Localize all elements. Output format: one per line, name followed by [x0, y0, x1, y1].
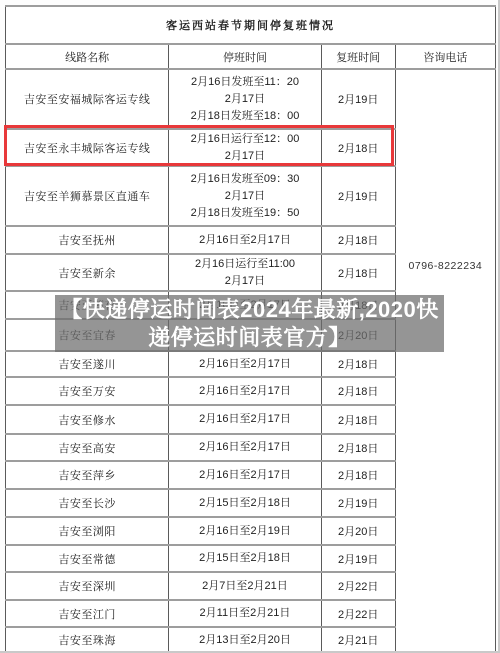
- resume-time: 2月18日: [321, 291, 395, 319]
- stop-time-line: 2月16日至2月17日: [169, 297, 320, 314]
- stop-time-line: 2月16日发班至09：30: [169, 171, 320, 188]
- phone-number: 0796-8222234: [396, 260, 495, 462]
- stop-time: 2月16日至2月17日: [169, 405, 321, 434]
- page: 客运西站春节期间停复班情况 线路名称 停班时间 复班时间 咨询电话 吉安至安福城…: [0, 0, 500, 653]
- stop-time: 2月16日至2月17日: [169, 226, 321, 254]
- stop-time: 2月16日至2月19日: [169, 517, 321, 545]
- route-name: 吉安至莲花: [6, 291, 169, 319]
- column-header-route: 线路名称: [6, 44, 169, 69]
- stop-time: 2月11日至2月21日: [169, 600, 321, 627]
- stop-time-line: 2月16日至2月17日: [169, 411, 320, 428]
- route-name: 吉安至浏阳: [6, 517, 169, 545]
- table-title-row: 客运西站春节期间停复班情况: [6, 6, 496, 44]
- resume-time: 2月18日: [321, 351, 395, 377]
- route-name: 吉安至高安: [6, 434, 169, 461]
- stop-time: [169, 319, 321, 351]
- route-name: 吉安至遂川: [6, 351, 169, 377]
- route-name: 吉安至羊狮慕景区直通车: [6, 166, 169, 226]
- table-row: 吉安至安福城际客运专线2月16日发班至11：202月17日2月18日发班至18：…: [6, 69, 496, 129]
- route-name: 吉安至长沙: [6, 489, 169, 517]
- schedule-table: 客运西站春节期间停复班情况 线路名称 停班时间 复班时间 咨询电话 吉安至安福城…: [5, 5, 496, 653]
- route-name: 吉安至抚州: [6, 226, 169, 254]
- resume-time: 2月18日: [321, 226, 395, 254]
- route-name: 吉安至江门: [6, 600, 169, 627]
- stop-time-line: 2月17日: [169, 91, 320, 108]
- stop-time: 2月16日至2月17日: [169, 351, 321, 377]
- stop-time: 2月16日至2月17日: [169, 461, 321, 489]
- resume-time: 2月19日: [321, 545, 395, 572]
- stop-time: 2月13日至2月20日: [169, 627, 321, 653]
- resume-time: 2月18日: [321, 129, 395, 166]
- stop-time: 2月16日至2月17日: [169, 291, 321, 319]
- resume-time: 2月21日: [321, 627, 395, 653]
- stop-time-line: 2月17日: [169, 148, 320, 165]
- route-name: 吉安至珠海: [6, 627, 169, 653]
- resume-time: 2月22日: [321, 572, 395, 600]
- stop-time-line: 2月18日发班至18：00: [169, 108, 320, 125]
- stop-time-line: 2月17日: [169, 188, 320, 205]
- stop-time-line: 2月13日至2月20日: [169, 632, 320, 649]
- stop-time-line: 2月11日至2月21日: [169, 605, 320, 622]
- stop-time-line: 2月16日至2月17日: [169, 232, 320, 249]
- route-name: 吉安至万安: [6, 377, 169, 405]
- table-header-row: 线路名称 停班时间 复班时间 咨询电话: [6, 44, 496, 69]
- stop-time-line: 2月17日: [169, 273, 320, 290]
- route-name: 吉安至深圳: [6, 572, 169, 600]
- resume-time: 2月22日: [321, 600, 395, 627]
- phone-cell: 0796-8222234: [395, 69, 495, 653]
- stop-time-line: 2月7日至2月21日: [169, 578, 320, 595]
- route-name: 吉安至常德: [6, 545, 169, 572]
- column-header-phone: 咨询电话: [395, 44, 495, 69]
- resume-time: 2月18日: [321, 434, 395, 461]
- stop-time: 2月16日至2月17日: [169, 377, 321, 405]
- stop-time-line: 2月16日至2月17日: [169, 439, 320, 456]
- stop-time-line: 2月15日至2月18日: [169, 495, 320, 512]
- table-title: 客运西站春节期间停复班情况: [6, 6, 496, 44]
- resume-time: 2月18日: [321, 405, 395, 434]
- route-name: 吉安至修水: [6, 405, 169, 434]
- stop-time-line: 2月15日至2月18日: [169, 550, 320, 567]
- stop-time: 2月15日至2月18日: [169, 545, 321, 572]
- resume-time: 2月19日: [321, 69, 395, 129]
- stop-time: 2月16日运行至12：002月17日: [169, 129, 321, 166]
- route-name: 吉安至新余: [6, 254, 169, 291]
- stop-time-line: 2月18日发班至19：50: [169, 205, 320, 222]
- column-header-resume: 复班时间: [321, 44, 395, 69]
- stop-time-line: 2月16日运行至11:00: [169, 256, 320, 273]
- resume-time: 2月19日: [321, 166, 395, 226]
- stop-time: 2月16日发班至11：202月17日2月18日发班至18：00: [169, 69, 321, 129]
- stop-time: 2月7日至2月21日: [169, 572, 321, 600]
- stop-time-line: 2月16日运行至12：00: [169, 131, 320, 148]
- route-name: 吉安至萍乡: [6, 461, 169, 489]
- resume-time: 2月18日: [321, 461, 395, 489]
- stop-time: 2月16日发班至09：302月17日2月18日发班至19：50: [169, 166, 321, 226]
- stop-time-line: 2月16日至2月19日: [169, 523, 320, 540]
- resume-time: 2月19日: [321, 489, 395, 517]
- route-name: 吉安至宜春: [6, 319, 169, 351]
- stop-time-line: 2月16日至2月17日: [169, 383, 320, 400]
- resume-time: 2月20日: [321, 319, 395, 351]
- stop-time: 2月16日运行至11:002月17日: [169, 254, 321, 291]
- stop-time: 2月15日至2月18日: [169, 489, 321, 517]
- resume-time: 2月18日: [321, 254, 395, 291]
- resume-time: 2月20日: [321, 517, 395, 545]
- column-header-stop: 停班时间: [169, 44, 321, 69]
- stop-time: 2月16日至2月17日: [169, 434, 321, 461]
- stop-time-line: 2月16日至2月17日: [169, 356, 320, 373]
- stop-time-line: 2月16日至2月17日: [169, 467, 320, 484]
- route-name: 吉安至安福城际客运专线: [6, 69, 169, 129]
- route-name: 吉安至永丰城际客运专线: [6, 129, 169, 166]
- resume-time: 2月18日: [321, 377, 395, 405]
- stop-time-line: 2月16日发班至11：20: [169, 74, 320, 91]
